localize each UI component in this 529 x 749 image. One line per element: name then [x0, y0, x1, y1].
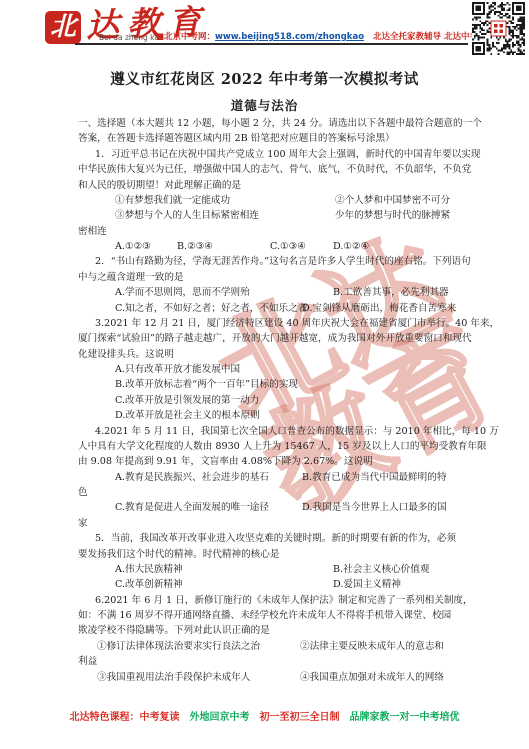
text-segment: B.社会主义核心价值观	[333, 563, 429, 576]
site-label: ■北京中考网：	[156, 32, 215, 42]
footer-segment: 初一至初三全日制	[260, 712, 340, 723]
text-line: 一、选择题（本大题共 12 小题，每小题 2 分，共 24 分。请选出以下各题中…	[0, 116, 529, 131]
text-line: 利益	[0, 654, 529, 669]
text-segment: A.学而不思则罔，思而不学则殆	[115, 286, 250, 299]
text-segment: A.只有改革开放才能发展中国	[115, 363, 240, 376]
text-segment: 利益	[78, 655, 97, 668]
text-line: C.改革创新精神D.爱国主义精神	[0, 577, 529, 592]
text-segment: 化建设排头兵。这说明	[78, 348, 174, 361]
header-divider	[75, 43, 468, 45]
text-segment: ②个人梦和中国梦密不可分	[335, 194, 450, 207]
text-line: A.伟大民族精神B.社会主义核心价值观	[0, 562, 529, 577]
exam-title: 遵义市红花岗区 2022 年中考第一次模拟考试	[0, 68, 529, 89]
text-segment: ③梦想与个人的人生目标紧密相连	[115, 209, 259, 222]
text-segment: ④我国重点加强对未成年人的网络	[300, 671, 444, 684]
text-segment: D.宝剑锋从磨砺出，梅花香自苦寒来	[302, 302, 456, 315]
text-line: 厦门探索“试验田”的路子越走越广，开放的大门越开越宽，成为我国对外开放重要窗口和…	[0, 331, 529, 346]
text-segment: C.改革开放是引领发展的第一动力	[115, 394, 259, 407]
text-segment: 要发扬我们这个时代的精神。时代精神的核心是	[78, 548, 279, 561]
text-segment: ①有梦想我们就一定能成功	[115, 194, 230, 207]
text-line: ③梦想与个人的人生目标紧密相连少年的梦想与时代的脉搏紧	[0, 208, 529, 223]
text-segment: 5．当前，我国改革开改事业进入攻坚克难的关键时期。新的时期要有新的作为，必须	[95, 532, 456, 545]
site-url-link[interactable]: www.beijing518.com/zhongkao	[215, 32, 364, 42]
text-line: C.改革开放是引领发展的第一动力	[0, 393, 529, 408]
text-line: A.只有改革开放才能发展中国	[0, 362, 529, 377]
text-segment: A.教育是民族振兴、社会进步的基石	[115, 471, 269, 484]
text-segment: B.教育已成为当代中国最鲜明的特	[302, 471, 446, 484]
text-segment: D.①②④	[333, 240, 369, 253]
exam-paper-page: 北 达教育 Bei da zhong kao ■北京中考网：www.beijin…	[0, 0, 529, 749]
text-segment: 4.2021 年 5 月 11 日，我国第七次全国人口普查公布的数据显示：与 2…	[95, 425, 499, 438]
text-line: 密相连	[0, 224, 529, 239]
text-segment: 欺凌学校不得隐瞒等。下列对此认识正确的是	[78, 624, 270, 637]
text-line: 欺凌学校不得隐瞒等。下列对此认识正确的是	[0, 623, 529, 638]
text-segment: 3.2021 年 12 月 21 日，厦门经济特区建设 40 周年庆祝大会在福建…	[95, 317, 499, 330]
text-line: 答案，在答题卡选择题答题区域内用 2B 铅笔把对应题目的答案标号涂黑）	[0, 131, 529, 146]
text-line: 人中具有大学文化程度的人数由 8930 人上升为 15467 人，15 岁及以上…	[0, 439, 529, 454]
exam-body: 一、选择题（本大题共 12 小题，每小题 2 分，共 24 分。请选出以下各题中…	[0, 116, 529, 685]
text-segment: ③我国重视用法治手段保护未成年人	[97, 671, 251, 684]
text-segment: 少年的梦想与时代的脉搏紧	[335, 209, 450, 222]
text-line: A.①②③B.②③④C.①③④D.①②④	[0, 239, 529, 254]
text-segment: 密相连	[78, 225, 107, 238]
text-line: 色	[0, 485, 529, 500]
text-line: C.教育是促进人全面发展的唯一途径D.我国是当今世界上人口最多的国	[0, 500, 529, 515]
text-line: 1．习近平总书记在庆祝中国共产党成立 100 周年大会上强调，新时代的中国青年要…	[0, 147, 529, 162]
text-line: 和人民的殷切期望！对此理解正确的是	[0, 178, 529, 193]
text-segment: B.工欲善其事，必先利其器	[333, 286, 449, 299]
text-segment: D.我国是当今世界上人口最多的国	[302, 501, 447, 514]
text-segment: B.改革开放标志着“两个一百年”目标的实现	[115, 378, 298, 391]
text-segment: ②法律主要反映未成年人的意志和	[300, 640, 444, 653]
text-line: 2．“书山有路勤为径，学海无涯苦作舟。”这句名言是许多人学生时代的座右铭。下列语…	[0, 254, 529, 269]
footer-segment: 北达特色课程：中考复读	[70, 712, 180, 723]
text-segment: A.伟大民族精神	[115, 563, 183, 576]
text-line: 中华民族伟大复兴为已任，增强做中国人的志气、骨气、底气，不负时代，不负韶华，不负…	[0, 162, 529, 177]
text-line: C.知之者，不如好之者；好之者，不如乐之者D.宝剑锋从磨砺出，梅花香自苦寒来	[0, 301, 529, 316]
text-segment: 一、选择题（本大题共 12 小题，每小题 2 分，共 24 分。请选出以下各题中…	[78, 117, 482, 130]
text-segment: C.知之者，不如好之者；好之者，不如乐之者	[115, 302, 307, 315]
text-line: 6.2021 年 6 月 1 日，新修订施行的《未成年人保护法》制定和完善了一系…	[0, 593, 529, 608]
text-line: 4.2021 年 5 月 11 日，我国第七次全国人口普查公布的数据显示：与 2…	[0, 424, 529, 439]
text-line: A.学而不思则罔，思而不学则殆B.工欲善其事，必先利其器	[0, 285, 529, 300]
text-segment: C.①③④	[270, 240, 306, 253]
footer-segment: 外地回京中考	[190, 712, 250, 723]
text-segment: 中华民族伟大复兴为已任，增强做中国人的志气、骨气、底气，不负时代，不负韶华，不负…	[78, 163, 471, 176]
text-segment: A.①②③	[115, 240, 151, 253]
text-line: B.改革开放标志着“两个一百年”目标的实现	[0, 377, 529, 392]
text-segment: B.②③④	[177, 240, 213, 253]
text-line: 由 9.08 年提高到 9.91 年，文盲率由 4.08%下降为 2.67%。这…	[0, 454, 529, 469]
text-line: A.教育是民族振兴、社会进步的基石B.教育已成为当代中国最鲜明的特	[0, 470, 529, 485]
qr-code	[472, 2, 525, 55]
text-segment: 家	[78, 517, 88, 530]
text-line: 要发扬我们这个时代的精神。时代精神的核心是	[0, 547, 529, 562]
text-line: 家	[0, 516, 529, 531]
text-segment: C.改革创新精神	[115, 578, 183, 591]
text-segment: 如：不满 16 周岁不得开通网络直播、未经学校允许未成年人不得将手机带入课堂、校…	[78, 609, 451, 622]
text-segment: ①修订法律体现法治要求实行良法之治	[97, 640, 260, 653]
text-line: 3.2021 年 12 月 21 日，厦门经济特区建设 40 周年庆祝大会在福建…	[0, 316, 529, 331]
text-segment: 厦门探索“试验田”的路子越走越广，开放的大门越开越宽，成为我国对外开放重要窗口和…	[78, 332, 472, 345]
text-segment: 2．“书山有路勤为径，学海无涯苦作舟。”这句名言是许多人学生时代的座右铭。下列语…	[95, 255, 471, 268]
text-segment: 答案，在答题卡选择题答题区域内用 2B 铅笔把对应题目的答案标号涂黑）	[78, 132, 395, 145]
text-segment: 6.2021 年 6 月 1 日，新修订施行的《未成年人保护法》制定和完善了一系…	[95, 594, 473, 607]
exam-subject: 道德与法治	[0, 96, 529, 114]
text-line: ①有梦想我们就一定能成功②个人梦和中国梦密不可分	[0, 193, 529, 208]
text-segment: D.改革开放是社会主义的根本原则	[115, 409, 260, 422]
text-line: 化建设排头兵。这说明	[0, 347, 529, 362]
footer-segment: 品牌家教一对一中考培优	[350, 712, 460, 723]
text-segment: 人中具有大学文化程度的人数由 8930 人上升为 15467 人，15 岁及以上…	[78, 440, 487, 453]
text-segment: C.教育是促进人全面发展的唯一途径	[115, 501, 269, 514]
text-line: 中与之蕴含道理一致的是	[0, 270, 529, 285]
text-line: 5．当前，我国改革开改事业进入攻坚克难的关键时期。新的时期要有新的作为，必须	[0, 531, 529, 546]
text-line: D.改革开放是社会主义的根本原则	[0, 408, 529, 423]
text-segment: 中与之蕴含道理一致的是	[78, 271, 184, 284]
logo-pinyin: Bei da zhong kao	[99, 33, 164, 42]
text-line: 如：不满 16 周岁不得开通网络直播、未经学校允许未成年人不得将手机带入课堂、校…	[0, 608, 529, 623]
text-segment: 色	[78, 486, 88, 499]
text-segment: 1．习近平总书记在庆祝中国共产党成立 100 周年大会上强调，新时代的中国青年要…	[95, 148, 480, 161]
text-line: ①修订法律体现法治要求实行良法之治②法律主要反映未成年人的意志和	[0, 639, 529, 654]
text-segment: D.爱国主义精神	[333, 578, 401, 591]
text-segment: 和人民的殷切期望！对此理解正确的是	[78, 179, 241, 192]
text-line: ③我国重视用法治手段保护未成年人④我国重点加强对未成年人的网络	[0, 670, 529, 685]
logo-seal-icon: 北	[45, 11, 81, 44]
text-segment: 由 9.08 年提高到 9.91 年，文盲率由 4.08%下降为 2.67%。这…	[78, 455, 373, 468]
footer-courses: 北达特色课程：中考复读外地回京中考初一至初三全日制品牌家教一对一中考培优	[0, 708, 529, 723]
